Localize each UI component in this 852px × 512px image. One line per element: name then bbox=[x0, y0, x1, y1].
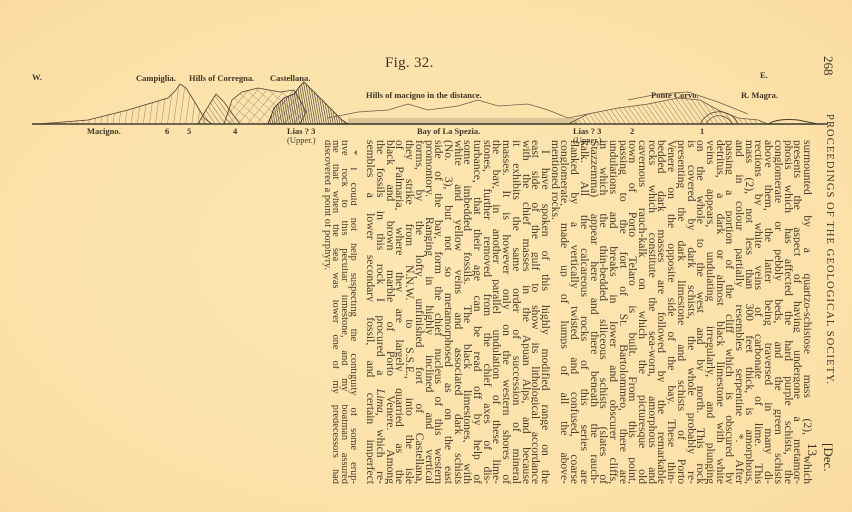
text-line: Stazzemma) appear here and there beneath… bbox=[589, 140, 599, 484]
text-line: east side of the gulf to show its lithol… bbox=[531, 140, 541, 484]
footnote-line: tive rock to this peculiar limestone, an… bbox=[339, 140, 348, 484]
text-line: promontory. Ranging in highly inclined a… bbox=[424, 140, 434, 484]
text-line: of Palmaria, where they are largely quar… bbox=[395, 140, 405, 484]
text-line: white and yellow veins and associated da… bbox=[453, 140, 463, 484]
text-line: on the whole to the west and by north. T… bbox=[696, 140, 706, 484]
rotated-text-block: 268 PROCEEDINGS OF THE GEOLOGICAL SOCIET… bbox=[76, 88, 836, 488]
text-line: some imbedded fossils. The black limesto… bbox=[463, 140, 473, 484]
scanned-page: Fig. 32. W. E. Campiglia. Hills of Corre… bbox=[0, 0, 852, 512]
text-line: cavernous rauch-kalk on which the pictur… bbox=[637, 140, 647, 484]
text-line: black and brown marble of Porto Venere. … bbox=[385, 140, 395, 484]
text-line: mass (2), not less than 300 feet thick, … bbox=[744, 140, 754, 484]
paragraph-2: I have spoken of this highly modified ra… bbox=[366, 140, 550, 484]
text-line: side of the bay, form the chief nucleus … bbox=[434, 140, 444, 484]
east-label: E. bbox=[760, 70, 768, 80]
text-line: phosis which has affected the hard purpl… bbox=[783, 140, 793, 484]
body-text: surmounted by a quartzo-schistose mass (… bbox=[322, 140, 812, 484]
text-line: above them, the latter being traversed i… bbox=[763, 140, 773, 484]
text-line: with the chief masses in the Apuan Alps,… bbox=[521, 140, 531, 484]
text-line: in which the thin-bedded siliceous schis… bbox=[599, 140, 609, 484]
text-line: passing to the fort of St. Bartolommeo, … bbox=[618, 140, 628, 484]
journal-title: PROCEEDINGS OF THE GEOLOGICAL SOCIETY. bbox=[824, 114, 835, 385]
text-line: masses. It is however only on the wester… bbox=[502, 140, 512, 484]
text-line: forms, by the lofty, unfinished fort of … bbox=[414, 140, 424, 484]
text-line: veins appears, undulating irregularly, a… bbox=[705, 140, 715, 484]
page-number: 268 bbox=[820, 56, 836, 76]
text-line: and in colour partially resembles serpen… bbox=[734, 140, 744, 484]
text-line: rocks which constitute the sea-worn, amo… bbox=[647, 140, 657, 484]
figure-title: Fig. 32. bbox=[385, 55, 434, 72]
text-line: stones, further removed from the chief a… bbox=[482, 140, 492, 484]
text-line-with-italic: the fossils in this rock I procured a Li… bbox=[375, 140, 385, 484]
text-line: the bay, in another parallel undulation … bbox=[492, 140, 502, 484]
text-line: Venere on the opposite side of the bay. … bbox=[666, 140, 676, 484]
text-line: it exhibits the same order of succession… bbox=[511, 140, 521, 484]
text-line: undulations and breaks in lower and obsc… bbox=[608, 140, 618, 484]
text-line: passing a portion of the cliff which is … bbox=[725, 140, 735, 484]
paragraph-1: surmounted by a quartzo-schistose mass (… bbox=[550, 140, 812, 484]
footnote: * I could not help suspecting the contig… bbox=[322, 140, 356, 484]
text-line: flanked by a vertically twisted and conf… bbox=[569, 140, 579, 484]
text-line: I have spoken of this highly modified ra… bbox=[540, 140, 550, 484]
text-line: conglomerate, made up of lumps of all th… bbox=[560, 140, 570, 484]
text-line: conglomerate or pebbly beds, and the gre… bbox=[773, 140, 783, 484]
text-line: is covered by dark schists, the whole pr… bbox=[686, 140, 696, 484]
text-line: kalk. All the calcareous rocks of this s… bbox=[579, 140, 589, 484]
footnote-line: discovered a point of porphyry. bbox=[322, 140, 331, 484]
text-line: sembles a lower secondary fossil, and ce… bbox=[366, 140, 376, 484]
text-line: presents the aspect of having undergone … bbox=[793, 140, 803, 484]
text-line: mentioned rocks. bbox=[550, 140, 560, 484]
text-line: surmounted by a quartzo-schistose mass (… bbox=[802, 140, 812, 484]
running-head: 268 PROCEEDINGS OF THE GEOLOGICAL SOCIET… bbox=[818, 88, 836, 488]
italic-lima: Lima bbox=[375, 389, 385, 413]
footnote-line: * I could not help suspecting the contig… bbox=[348, 140, 357, 484]
text-line: town of Porto Telaro is built. From this… bbox=[628, 140, 638, 484]
text-line: bedded dark masses are followed by the r… bbox=[657, 140, 667, 484]
text-line: (No. 3), but not so metamorphosed as on … bbox=[443, 140, 453, 484]
footnote-line: me that when the sea was lower one of my… bbox=[331, 140, 340, 484]
text-line: turbance, that their age can be read off… bbox=[472, 140, 482, 484]
text-line: they strike from N.N.W. to S.S.E., into … bbox=[404, 140, 414, 484]
text-line: detritus, a dark or almost black limesto… bbox=[715, 140, 725, 484]
text-line: rections by white veins of carbonate of … bbox=[754, 140, 764, 484]
text-line: presenting the dark limestone and schist… bbox=[676, 140, 686, 484]
